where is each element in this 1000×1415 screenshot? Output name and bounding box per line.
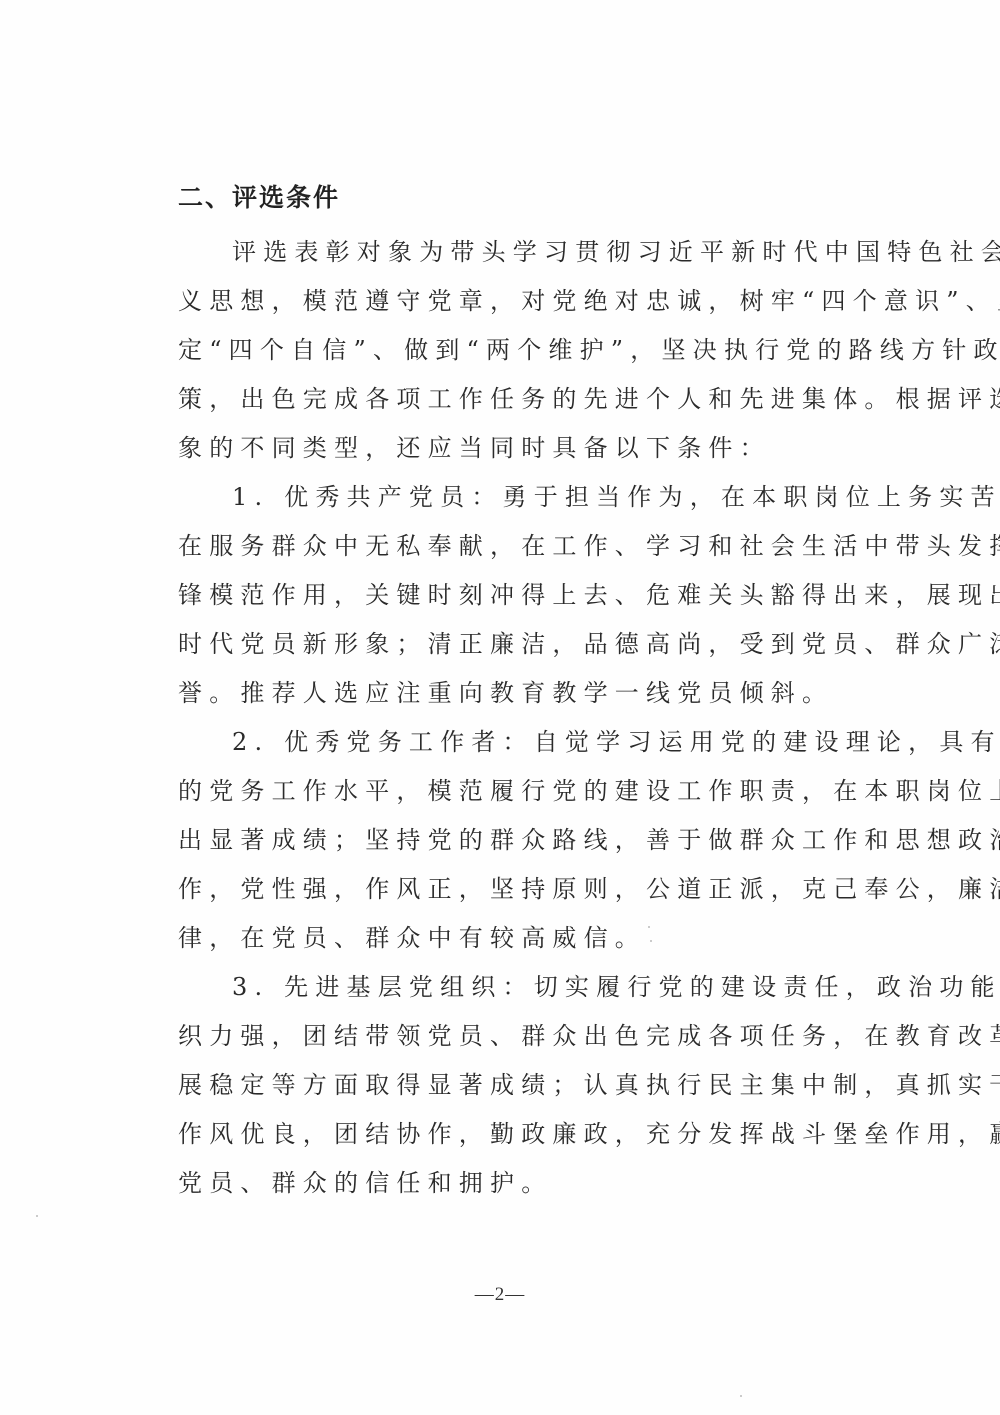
text-line: 的党务工作水平，模范履行党的建设工作职责，在本职岗位上作	[124, 767, 876, 816]
text-line: 评选表彰对象为带头学习贯彻习近平新时代中国特色社会主	[124, 228, 876, 277]
text-line: 党员、群众的信任和拥护。	[124, 1159, 876, 1208]
text-line: 展稳定等方面取得显著成绩；认真执行民主集中制，真抓实干，	[124, 1061, 876, 1110]
section-heading: 二、评选条件	[124, 178, 876, 218]
text-line: 出显著成绩；坚持党的群众路线，善于做群众工作和思想政治工	[124, 816, 876, 865]
paragraph-intro: 评选表彰对象为带头学习贯彻习近平新时代中国特色社会主 义思想，模范遵守党章，对党…	[124, 228, 876, 473]
text-line: 锋模范作用，关键时刻冲得上去、危难关头豁得出来，展现出新	[124, 571, 876, 620]
scan-speck	[650, 940, 652, 942]
document-page: 二、评选条件 评选表彰对象为带头学习贯彻习近平新时代中国特色社会主 义思想，模范…	[0, 0, 1000, 1415]
text-line: 律，在党员、群众中有较高威信。	[124, 914, 876, 963]
text-line: 誉。推荐人选应注重向教育教学一线党员倾斜。	[124, 669, 876, 718]
text-line: 2. 优秀党务工作者：自觉学习运用党的建设理论，具有较高	[124, 718, 876, 767]
scan-speck	[36, 1215, 38, 1217]
text-line: 义思想，模范遵守党章，对党绝对忠诚，树牢“四个意识”、坚	[124, 277, 876, 326]
document-body: 二、评选条件 评选表彰对象为带头学习贯彻习近平新时代中国特色社会主 义思想，模范…	[124, 178, 876, 1208]
scan-speck	[648, 926, 650, 928]
text-line: 1. 优秀共产党员：勇于担当作为，在本职岗位上务实苦干，	[124, 473, 876, 522]
text-line: 作风优良，团结协作，勤政廉政，充分发挥战斗堡垒作用，赢得	[124, 1110, 876, 1159]
text-line: 3. 先进基层党组织：切实履行党的建设责任，政治功能和组	[124, 963, 876, 1012]
scan-speck	[740, 1395, 742, 1397]
paragraph-item-1: 1. 优秀共产党员：勇于担当作为，在本职岗位上务实苦干， 在服务群众中无私奉献，…	[124, 473, 876, 718]
text-line: 作，党性强，作风正，坚持原则，公道正派，克己奉公，廉洁自	[124, 865, 876, 914]
text-line: 定“四个自信”、做到“两个维护”，坚决执行党的路线方针政	[124, 326, 876, 375]
text-line: 策，出色完成各项工作任务的先进个人和先进集体。根据评选对	[124, 375, 876, 424]
paragraph-item-3: 3. 先进基层党组织：切实履行党的建设责任，政治功能和组 织力强，团结带领党员、…	[124, 963, 876, 1208]
text-line: 时代党员新形象；清正廉洁，品德高尚，受到党员、群众广泛赞	[124, 620, 876, 669]
page-number: —2—	[0, 1284, 1000, 1306]
paragraph-item-2: 2. 优秀党务工作者：自觉学习运用党的建设理论，具有较高 的党务工作水平，模范履…	[124, 718, 876, 963]
text-line: 在服务群众中无私奉献，在工作、学习和社会生活中带头发挥先	[124, 522, 876, 571]
text-line: 象的不同类型，还应当同时具备以下条件：	[124, 424, 876, 473]
text-line: 织力强，团结带领党员、群众出色完成各项任务，在教育改革发	[124, 1012, 876, 1061]
